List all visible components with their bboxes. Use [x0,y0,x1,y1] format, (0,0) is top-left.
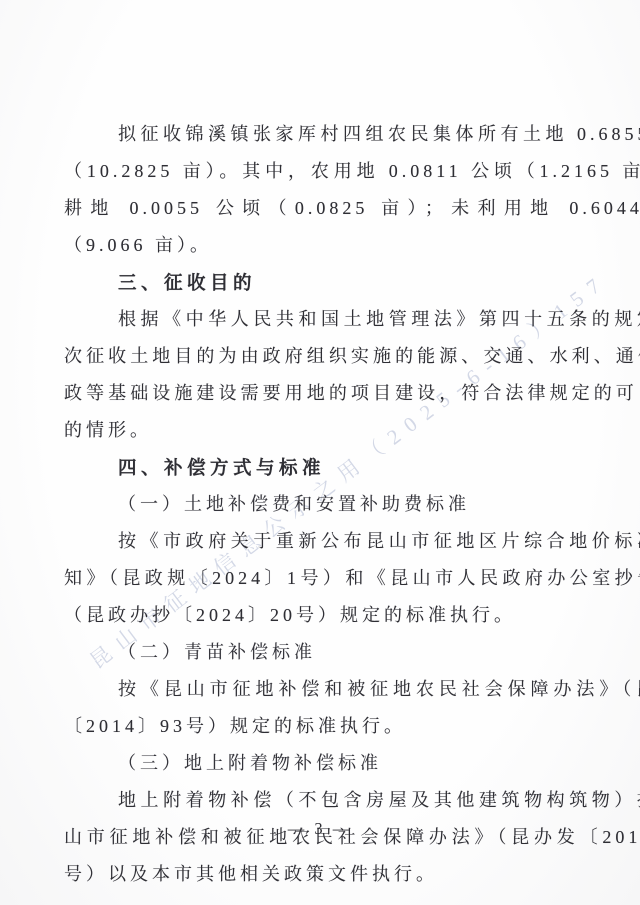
paragraph-expropriation-purpose: 根据《中华人民共和国土地管理法》第四十五条的规定，本次征收土地目的为由政府组织实… [64,301,640,449]
subheading-ground-attachment-compensation-standard: （三）地上附着物补偿标准 [64,745,640,782]
paragraph-land-area: 拟征收锦溪镇张家厍村四组农民集体所有土地 0.6855 公顷（10.2825 亩… [64,116,640,264]
paragraph-land-compensation-standard: 按《市政府关于重新公布昆山市征地区片综合地价标准的通知》（昆政规〔2024〕1号… [64,523,640,634]
page-number: — 3 — [0,819,640,839]
document-page: 昆山市征地信息公示之用（2025-6-16）157 拟征收锦溪镇张家厍村四组农民… [0,0,640,905]
document-body: 拟征收锦溪镇张家厍村四组农民集体所有土地 0.6855 公顷（10.2825 亩… [64,116,640,893]
subheading-land-compensation-standard: （一）土地补偿费和安置补助费标准 [64,486,640,523]
heading-section-4-compensation: 四、补偿方式与标准 [64,449,640,486]
paragraph-crop-compensation-standard: 按《昆山市征地补偿和被征地农民社会保障办法》（昆办发〔2014〕93号）规定的标… [64,671,640,745]
subheading-crop-compensation-standard: （二）青苗补偿标准 [64,634,640,671]
heading-section-3-expropriation-purpose: 三、征收目的 [64,264,640,301]
